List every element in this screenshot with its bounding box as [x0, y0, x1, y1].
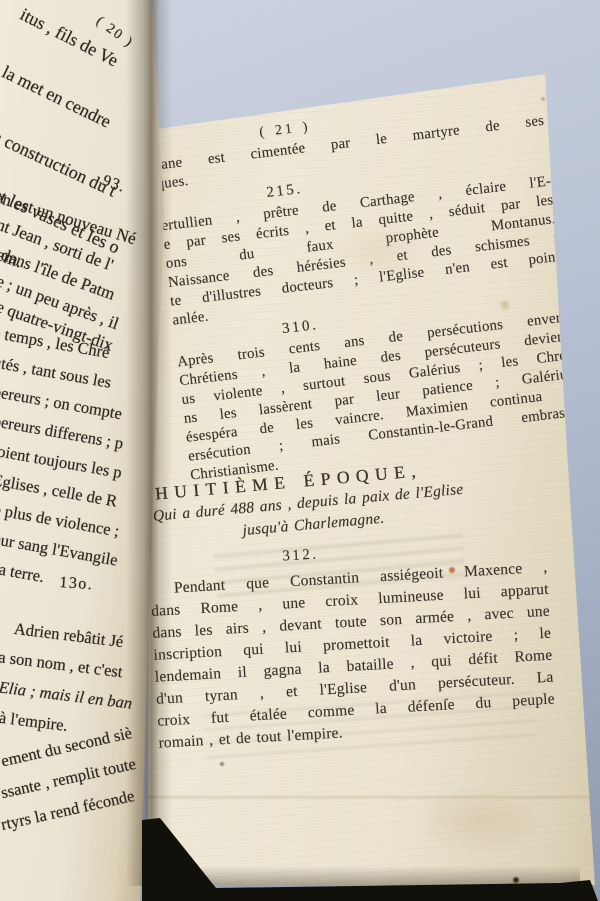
- section-number-215: 215.: [265, 179, 303, 204]
- paragraph-215: ertullien , prêtre de Carthage , éclaire…: [161, 172, 564, 330]
- section-number-130: 13o.: [59, 574, 94, 594]
- section-number-312: 312.: [282, 544, 319, 567]
- antique-book-photo: ( 21 ) cane est cimentée par le martyre …: [0, 0, 600, 901]
- text-line-fragment: la construction du t: [0, 124, 120, 202]
- right-page-lower-text: 312. Pendant que Constantin assiégeoit M…: [148, 532, 557, 755]
- text-line-fragment: et la met en cendre: [0, 54, 114, 132]
- text-line-fragment: itus , fils de Ve: [16, 4, 121, 71]
- section-number-310: 310.: [281, 315, 319, 340]
- paragraph-312: Pendant que Constantin assiégeoit Maxenc…: [149, 557, 556, 755]
- right-page-upper-text: ( 21 ) cane est cimentée par le martyre …: [150, 81, 581, 486]
